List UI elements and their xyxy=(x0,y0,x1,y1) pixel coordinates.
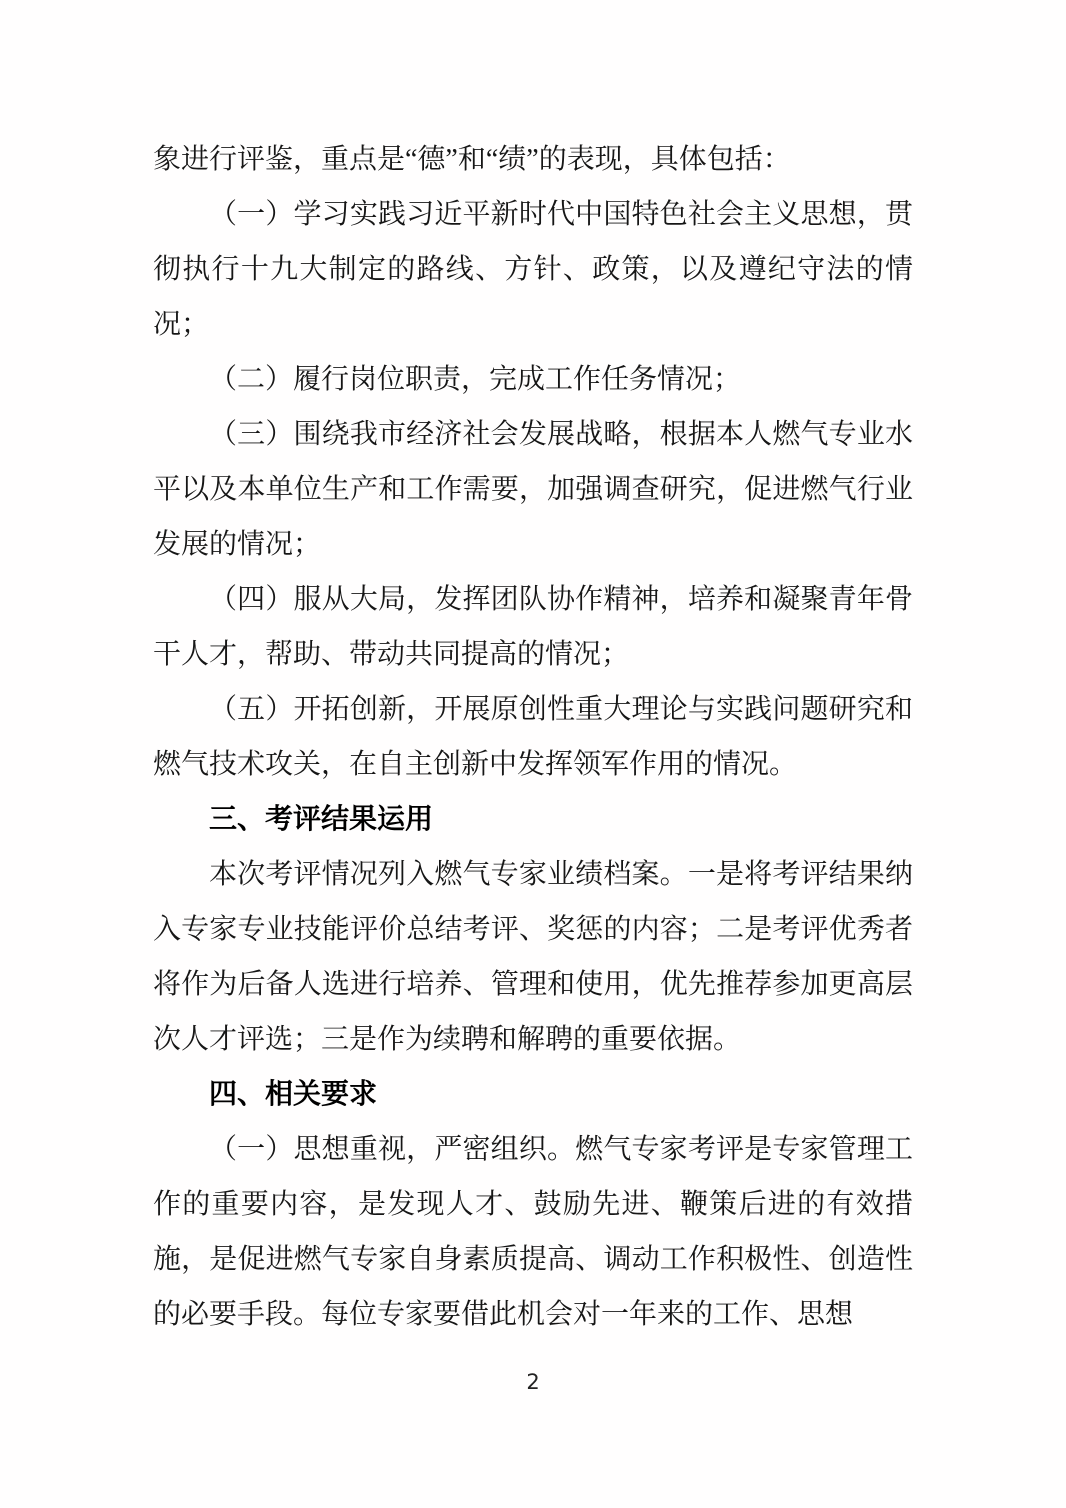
paragraph-item-3: （三）围绕我市经济社会发展战略，根据本人燃气专业水平以及本单位生产和工作需要，加… xyxy=(153,407,913,572)
paragraph-section-3-body: 本次考评情况列入燃气专家业绩档案。一是将考评结果纳入专家专业技能评价总结考评、奖… xyxy=(153,847,913,1067)
document-page: 象进行评鉴，重点是“德”和“绩”的表现，具体包括： （一）学习实践习近平新时代中… xyxy=(0,0,1066,1508)
paragraph-section-4-body: （一）思想重视，严密组织。燃气专家考评是专家管理工作的重要内容，是发现人才、鼓励… xyxy=(153,1122,913,1342)
paragraph-item-2: （二）履行岗位职责，完成工作任务情况； xyxy=(153,352,913,407)
section-heading-3: 三、考评结果运用 xyxy=(153,792,913,847)
paragraph-item-4: （四）服从大局，发挥团队协作精神，培养和凝聚青年骨干人才，帮助、带动共同提高的情… xyxy=(153,572,913,682)
document-body: 象进行评鉴，重点是“德”和“绩”的表现，具体包括： （一）学习实践习近平新时代中… xyxy=(153,132,913,1342)
section-heading-4: 四、相关要求 xyxy=(153,1067,913,1122)
paragraph-continuation: 象进行评鉴，重点是“德”和“绩”的表现，具体包括： xyxy=(153,132,913,187)
paragraph-item-1: （一）学习实践习近平新时代中国特色社会主义思想，贯彻执行十九大制定的路线、方针、… xyxy=(153,187,913,352)
paragraph-item-5: （五）开拓创新，开展原创性重大理论与实践问题研究和燃气技术攻关，在自主创新中发挥… xyxy=(153,682,913,792)
page-number: 2 xyxy=(0,1368,1066,1396)
